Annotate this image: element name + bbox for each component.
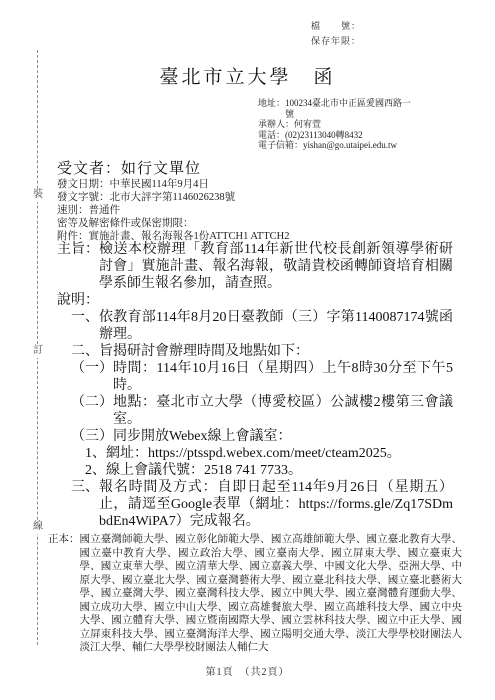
page-number-footer: 第1頁 （共2頁） xyxy=(0,663,495,678)
meta-block: 發文日期：中華民國114年9月4日 發文字號：北市大評字第1146026238號… xyxy=(57,178,289,243)
explanation-item-1: 一、 依教育部114年8月20日臺教師（三）字第1140087174號函辦理。 xyxy=(71,309,453,343)
explanation-item-2-3-2: 2、 線上會議代號：2518 741 7733。 xyxy=(85,462,453,479)
explanation-item-2-3: （三） 同步開放Webex線上會議室： xyxy=(71,428,453,445)
binding-mark-zhuang: 裝 xyxy=(31,188,45,202)
copy-to-label: 正本： xyxy=(48,533,80,655)
explanation-heading: 說明： xyxy=(57,292,453,309)
letter-body: 主旨： 檢送本校辦理「教育部114年新世代校長創新領導學術研討會」實施計畫、報名… xyxy=(57,241,453,530)
file-number-label: 檔 號： xyxy=(311,19,361,34)
meta-date: 發文日期：中華民國114年9月4日 xyxy=(57,178,289,191)
explanation-item-2-1: （一） 時間：114年10月16日（星期四）上午8時30分至下午5時。 xyxy=(71,360,453,394)
sender-info-block: 地址：100234臺北市中正區愛國西路一 號 承辦人：何宥萱 電話：(02)23… xyxy=(258,98,411,151)
document-page: 裝 訂 線 檔 號： 保存年限： 臺北市立大學 函 地址：100234臺北市中正… xyxy=(0,0,495,700)
google-form-url-text: 報名時間及方式：自即日起至114年9月26日（星期五）止，請逕至Google表單… xyxy=(99,479,453,530)
explanation-item-2-2: （二） 地點：臺北市立大學（博愛校區）公誠樓2樓第三會議室。 xyxy=(71,394,453,428)
sender-contact-person: 承辦人：何宥萱 xyxy=(258,119,411,130)
explanation-label: 說明： xyxy=(57,292,99,309)
document-title: 臺北市立大學 函 xyxy=(0,62,495,89)
copy-to-block: 正本： 國立臺灣師範大學、國立彰化師範大學、國立高雄師範大學、國立臺北教育大學、… xyxy=(48,533,462,655)
sender-phone: 電話：(02)23113040轉8432 xyxy=(258,130,411,141)
retention-period-label: 保存年限： xyxy=(311,34,361,49)
recipient-line: 受文者：如行文單位 xyxy=(57,157,201,178)
meta-security: 密等及解密條件或保密期限： xyxy=(57,217,289,230)
subject-label: 主旨： xyxy=(57,241,99,292)
copy-to-recipients: 國立臺灣師範大學、國立彰化師範大學、國立高雄師範大學、國立臺北教育大學、國立臺中… xyxy=(80,533,463,655)
binding-mark-ding: 訂 xyxy=(31,344,45,358)
explanation-item-3: 三、 報名時間及方式：自即日起至114年9月26日（星期五）止，請逕至Googl… xyxy=(71,479,453,530)
explanation-item-2: 二、 旨揭研討會辦理時間及地點如下： xyxy=(71,343,453,360)
meta-doc-number: 發文字號：北市大評字第1146026238號 xyxy=(57,191,289,204)
file-number-block: 檔 號： 保存年限： xyxy=(311,19,361,49)
binding-mark-xian: 線 xyxy=(31,520,45,534)
subject-text: 檢送本校辦理「教育部114年新世代校長創新領導學術研討會」實施計畫、報名海報，敬… xyxy=(99,241,453,292)
subject-line: 主旨： 檢送本校辦理「教育部114年新世代校長創新領導學術研討會」實施計畫、報名… xyxy=(57,241,453,292)
explanation-item-2-3-1: 1、 網址：https://ptsspd.webex.com/meet/ctea… xyxy=(85,445,453,462)
sender-address-line2: 號 xyxy=(258,109,411,120)
webex-url-text: 網址：https://ptsspd.webex.com/meet/cteam20… xyxy=(106,445,453,462)
meta-speed: 速別：普通件 xyxy=(57,204,289,217)
sender-email: 電子信箱：yishan@go.utaipei.edu.tw xyxy=(258,140,411,151)
sender-address-line1: 地址：100234臺北市中正區愛國西路一 xyxy=(258,98,411,109)
